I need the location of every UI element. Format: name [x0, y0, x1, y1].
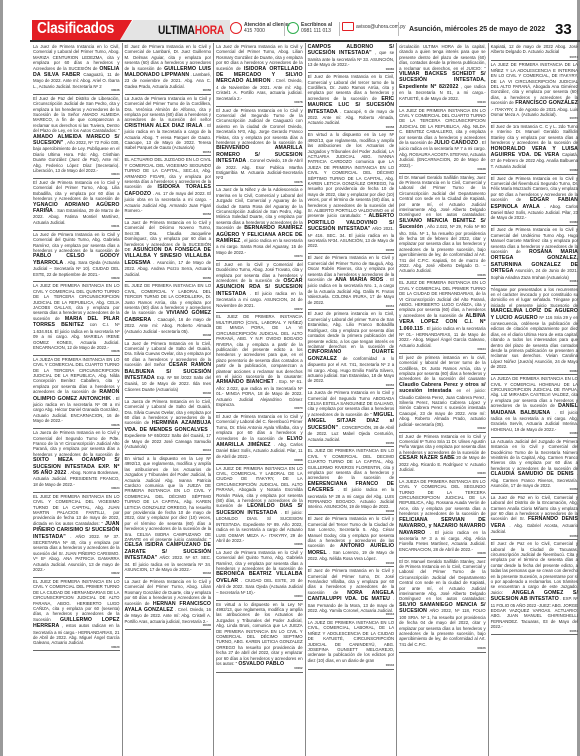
legal-notice: EL JUEZ DE PRIMERA INSTANCIA EN LO CIVIL…	[33, 578, 120, 651]
legal-notice: El Juez de Primera Instancia en lo Civil…	[491, 226, 578, 285]
notice-decedent-name: CLAUDIA SAMUDIO DE DENIS	[491, 471, 574, 477]
column-3: La Juez de Primera Instancia en lo Civil…	[214, 43, 306, 756]
divider	[284, 22, 285, 36]
legal-notice: EL JUEZ DE PRIMERA INSTANCIA EN LO CIVIL…	[125, 282, 212, 339]
notice-code: 00029	[33, 277, 120, 281]
legal-notice: La Juez de Primera Instancia en lo Civil…	[125, 578, 212, 630]
notice-tail: , Año 2.022, Nº 29, Folio Nº 90 vlto. Sr…	[399, 224, 486, 273]
notice-code: 00062	[216, 667, 303, 671]
column-4: CAMPOS ALBORNO S/ SUCESIÓN INTESTADA" , …	[306, 43, 398, 756]
column-2: El Juez de Primera Instancia en lo Civil…	[123, 43, 215, 756]
notice-code: 00038	[399, 168, 486, 172]
notice-tail: AÑO 2022, Nº 118, FOLIO 100 SRIA. Nº 1, …	[399, 608, 486, 646]
page-number: 33	[555, 21, 572, 38]
notice-text: La Actuaria Judicial del Juzgado de Prim…	[491, 439, 578, 471]
legal-notice: La Jueza de Primera Instancia en lo Civi…	[308, 389, 395, 447]
notice-code: 00070	[216, 407, 303, 411]
notice-text: La Jueza de Primera Instancia en lo Civi…	[33, 430, 120, 457]
header-rule	[30, 40, 580, 42]
legal-notice: El Juez de Primera Instancia en lo Civil…	[399, 433, 486, 478]
notice-code: 00036	[399, 274, 486, 278]
phone-icon	[230, 22, 242, 34]
notice-code: 00058	[308, 126, 395, 130]
notice-code: 00056	[125, 89, 212, 93]
legal-notice: La Jueza de Primera Instancia en lo Civi…	[125, 398, 212, 455]
divider	[339, 22, 340, 36]
page-header: Clasificados ULTIMAHORA Atención al clie…	[32, 18, 580, 40]
notice-tail: . AÑO 2022. Nº 37. SECRETARIA Nº 40, cit…	[33, 534, 120, 572]
legal-notice: El Dr. Manuel Geraldo Saifildin Stanley,…	[399, 174, 486, 280]
contact-whatsapp: Escribinos al0981 111 013	[287, 22, 332, 34]
notice-code: 00068	[216, 459, 303, 463]
notice-code: 00028	[399, 552, 486, 556]
phone-number: 415 7000	[244, 28, 265, 34]
notice-code: 00042	[308, 664, 395, 668]
page-border-left	[0, 0, 3, 756]
legal-notice: El Juez de primera instancia en lo Civil…	[308, 310, 395, 389]
notice-code: 00044	[125, 449, 212, 453]
notice-decedent-name: OSVALDO PABLO	[238, 661, 284, 667]
notice-text: Kapiatá, 12 de mayo de 2022 Abog. José A…	[491, 44, 578, 54]
envelope-icon	[342, 22, 354, 31]
notice-code: 00062	[491, 370, 578, 374]
notice-code: 00064	[216, 595, 303, 599]
legal-notice: La Jueza de Primera Instancia en lo Civi…	[125, 95, 212, 157]
notice-text: En virtud a lo dispuesto en la Ley Nº 49…	[308, 132, 395, 218]
legal-notice: EL JUEZ DE PRIMERA INSTANCIA EN LO CIVIL…	[399, 279, 486, 353]
legal-notice: El Juez de Primera Instancia en lo Civil…	[491, 175, 578, 227]
legal-notice: La Juez de la Niñez y de la Adolescencia…	[216, 186, 303, 260]
logo-hora: HORA	[195, 23, 224, 37]
notice-code: 00066	[491, 221, 578, 225]
notice-code: 00074	[491, 56, 578, 60]
notice-decedent-name: JULIO CANDOZO	[434, 140, 478, 146]
notice-decedent-name: CESAR NAZER SABE	[399, 455, 455, 461]
notice-code: 00068	[491, 169, 578, 173]
legal-notice: El Juez de Paz del Distrito de Liberació…	[33, 95, 120, 179]
notice-code: 00042	[125, 572, 212, 576]
notice-decedent-name: FRANCISCO GONZÁLEZ	[515, 100, 578, 106]
notice-code: 00040	[399, 101, 486, 105]
notice-code: 00054	[491, 630, 578, 634]
legal-notice: La Juez de Primera Instancia en lo Civil…	[33, 231, 120, 283]
notice-code: 00050	[308, 442, 395, 446]
notice-code: 00048	[308, 510, 395, 514]
legal-notice: El Juez de Primera Instancia en lo Civil…	[308, 567, 395, 619]
whatsapp-icon	[287, 22, 299, 34]
notice-decedent-name: ANA MARIA RIOS	[335, 277, 383, 283]
legal-notice: LA JUEZ DE PRIMERA INSTANCIA EN LO CIVIL…	[33, 282, 120, 355]
notice-text: En virtud a lo dispuesto en la Ley Nº 49…	[125, 456, 212, 542]
legal-notice: El Juez de Primera Instancia en lo Civil…	[125, 43, 212, 95]
notice-code: 00026	[399, 647, 486, 651]
section-title: Clasificados	[37, 20, 114, 38]
column-6: Kapiatá, 12 de mayo de 2022 Abog. José A…	[489, 43, 580, 756]
notice-code: 00074	[216, 255, 303, 259]
legal-notice: La Juez de Paz en lo Civil, Comercial y …	[491, 494, 578, 540]
notice-text: Téngase por presentados a los recurrente…	[491, 287, 578, 308]
notice-code: 00056	[308, 249, 395, 253]
legal-notice: El Juez de Primera Instancia en lo Civil…	[308, 73, 395, 131]
legal-notice: EL ACTUARIO DEL JUZGADO EN LO CIVIL Y CO…	[125, 156, 212, 219]
notice-code: 00056	[491, 535, 578, 539]
notice-text: El Juez de Primera Instancia en lo Civil…	[216, 108, 303, 145]
notice-code: 00058	[491, 488, 578, 492]
legal-notice: LA JUEZ DE PRIMERA INSTANCIA EN LO CIVIL…	[216, 465, 303, 549]
notice-code: 00060	[491, 432, 578, 436]
classifieds-columns: La Juez de Primera Instancia en lo Civil…	[31, 43, 580, 756]
legal-notice: Kapiatá, 12 de mayo de 2022 Abog. José A…	[491, 43, 578, 61]
notice-text: En virtud a lo dispuesto en la Ley Nº 49…	[216, 602, 303, 666]
legal-notice: El Dr. Manuel Geraldo Saifildin Stanley,…	[399, 558, 486, 653]
notice-text: LA JUEZ DE PRIMERA INSTANCIA EN LO CIVIL…	[308, 620, 395, 663]
legal-notice: LA JUEZA DE PRIMERA INSTANCIA EN LO CIVI…	[491, 375, 578, 438]
notice-text: La Juez de Primera Instancia en lo Civil…	[216, 550, 303, 571]
legal-notice: En virtud a lo dispuesto en la Ley Nº 49…	[216, 601, 303, 673]
column-1: La Juez de Primera Instancia en lo Civil…	[31, 43, 123, 756]
legal-notice: La Actuaria Judicial del Juzgado de Prim…	[491, 438, 578, 494]
contact-phone: Atención al cliente:415 7000	[230, 22, 290, 34]
notice-text: El Juez de Paz en lo Civil, Comercial y …	[491, 541, 578, 595]
notice-code: 00034	[33, 173, 120, 177]
legal-notice: El Juez de Primera Instancia en lo Civil…	[308, 515, 395, 567]
notice-code: 00066	[216, 543, 303, 547]
legal-notice: LA JUEZA DE PRIMERA INSTANCIA EN LO CIVI…	[33, 356, 120, 429]
legal-notice: El juez de primera instancia en lo civil…	[399, 354, 486, 433]
notice-text: El Juez de 1ra Instancia C. C y L. 2do T…	[491, 124, 578, 145]
notice-decedent-name: CRISTHIAN ALEX DIAZ IRALA	[125, 123, 203, 129]
notice-code: 00030	[399, 472, 486, 476]
notice-code: 00044	[308, 613, 395, 617]
legal-notice: La Jueza de Primera Instancia en lo Civi…	[33, 429, 120, 493]
notice-tail: en el juicio: Claudio Cabrera Perez, Jua…	[399, 388, 486, 426]
legal-notice: CAMPOS ALBORNO S/ SUCESIÓN INTESTADA" , …	[308, 43, 395, 73]
notice-code: 00054	[308, 305, 395, 309]
legal-notice: EL JUEZ DE PRIMERA INSTANCIA EN LO CIVIL…	[33, 493, 120, 578]
notice-code: 00020	[33, 646, 120, 650]
legal-notice: El Juez en lo Civil y Comercial del Duod…	[216, 261, 303, 314]
legal-notice: El Juez de Primera Instancia en lo Civil…	[216, 413, 303, 465]
notice-text: LA JUEZ DE PRIMERA INSTANCIA EN LO CIVIL…	[216, 466, 303, 509]
notice-code: 00046	[125, 392, 212, 396]
legal-notice: La Juez de Primera Instancia en lo Civil…	[125, 219, 212, 283]
contact-email: avisos@uhora.com.py	[342, 22, 406, 31]
legal-notice: La Juez de Primera Instancia en lo Civil…	[33, 43, 120, 95]
notice-code: 00048	[125, 334, 212, 338]
notice-code: 00064	[491, 280, 578, 284]
notice-tail: Nº 116 Sria 29 y en consecuencia, ordéne…	[491, 315, 578, 370]
legal-notice: En virtud a lo dispuesto en la Ley Nº 49…	[308, 131, 395, 254]
notice-text: LA JUEZA DE PRIMERA INSTANCIA EN LO CIVI…	[399, 479, 486, 516]
legal-notice: EL JUEZ DE PRIMERA INSTANCIA EN LO CIVIL…	[308, 447, 395, 515]
notice-code: 00072	[216, 308, 303, 312]
logo-ultima: ULTIMA	[158, 23, 195, 37]
notice-code: 00028	[33, 350, 120, 354]
notice-code: 00026	[33, 424, 120, 428]
notice-decedent-name: ARMANDO BIANCHET	[216, 379, 274, 385]
legal-notice: LA JUEZ DE PRIMERA INSTANCIA EN LO CIVIL…	[308, 619, 395, 670]
notice-code: 00054	[125, 151, 212, 155]
notice-text: El Juez de Primera Instancia en lo Civil…	[399, 434, 486, 455]
notice-text: El Dr. Manuel Geraldo Saifildin Stanley,…	[399, 559, 486, 602]
notice-code: 00040	[125, 624, 212, 628]
notice-code: 00046	[308, 562, 395, 566]
legal-notice: circulación ULTIMA HORA de la capital, c…	[399, 43, 486, 107]
notice-text: EL JUEZ DE PRIMERA INSTANCIA EN LO CIVIL…	[33, 579, 120, 622]
notice-code: 00036	[33, 89, 120, 93]
notice-code: 00078	[216, 101, 303, 105]
notice-code: 00052	[125, 213, 212, 217]
whatsapp-number: 0981 111 013	[301, 28, 331, 34]
notice-code: 00052	[308, 384, 395, 388]
notice-code: 00031	[33, 225, 120, 229]
legal-notice: En virtud a lo dispuesto en la Ley Nº 49…	[125, 455, 212, 578]
legal-notice: El Juez de Paz en lo Civil, Comercial y …	[491, 540, 578, 635]
notice-text: LA JUEZ DE PRIMERA INSTANCIA DE LA NIÑEZ…	[491, 62, 578, 105]
legal-notice: Téngase por presentados a los recurrente…	[491, 286, 578, 376]
notice-text: El Juez de primera instancia en lo Civil…	[308, 311, 395, 348]
section-banner: Clasificados	[32, 20, 132, 40]
notice-code: 00032	[399, 427, 486, 431]
legal-notice: EL JUEZ DE PRIMERA INSTANCIA MULTIFUERO …	[216, 313, 303, 412]
notice-text: EL JUEZ DE PRIMERA INSTANCIA EN LO CIVIL…	[308, 448, 395, 480]
notice-text: circulación ULTIMA HORA de la capital, c…	[399, 44, 486, 71]
legal-notice: El Juez de Primera Instancia en lo Civil…	[33, 179, 120, 231]
notice-code: 00024	[33, 487, 120, 491]
notice-code: 00060	[308, 68, 395, 72]
legal-notice: LA JUEZA DE PRIMERA INSTANCIA EN LO CIVI…	[399, 478, 486, 558]
newspaper-logo: ULTIMAHORA	[158, 23, 224, 37]
issue-date: Asunción, miércoles 25 de mayo de 2022	[409, 26, 545, 33]
notice-code: 00050	[125, 277, 212, 281]
legal-notice: LA JUEZ DE PRIMERA INSTANCIA EN LO CIVIL…	[399, 107, 486, 174]
notice-text: La Juez de la Niñez y de la Adolescencia…	[216, 187, 303, 230]
legal-notice: El Juez de Primera Instancia en lo Civil…	[216, 107, 303, 187]
legal-notice: LA JUEZ DE PRIMERA INSTANCIA DE LA NIÑEZ…	[491, 61, 578, 123]
notice-text: La Jueza de Primera Instancia en lo Civi…	[125, 96, 212, 123]
notice-code: 00070	[491, 117, 578, 121]
legal-notice: El Juez de Primera Instancia en lo Civil…	[308, 254, 395, 310]
notice-text: La Juez de Primera Instancia en lo Civil…	[33, 232, 120, 253]
notice-code: 00034	[399, 348, 486, 352]
notice-text: EL JUEZ DE PRIMERA INSTANCIA MULTIFUERO …	[216, 314, 303, 378]
notice-text: El Juez de Primera Instancia en lo Civil…	[33, 180, 120, 201]
notice-code: 00076	[216, 181, 303, 185]
notice-code: 00022	[33, 572, 120, 576]
legal-notice: El Juez de 1ra Instancia C. C y L. 2do T…	[491, 123, 578, 175]
legal-notice: La Juez de Primera Instancia en lo Civil…	[216, 43, 303, 107]
notice-text: El Juez de Paz del Distrito de Liberació…	[33, 96, 120, 133]
column-5: circulación ULTIMA HORA de la capital, c…	[397, 43, 489, 756]
legal-notice: La Juez de Primera Instancia en lo Civil…	[216, 549, 303, 601]
notice-text: El juez de primera instancia en lo civil…	[399, 355, 486, 382]
divider	[398, 22, 399, 36]
notice-tail: .- ITAKYRY, 3 de Agosto de 2021 Abog. Lu…	[491, 107, 578, 117]
legal-notice: La Juez de Primera Instancia en lo Civil…	[125, 340, 212, 398]
notice-text: El Dr. Manuel Geraldo Saifildin Stanley,…	[399, 175, 486, 218]
